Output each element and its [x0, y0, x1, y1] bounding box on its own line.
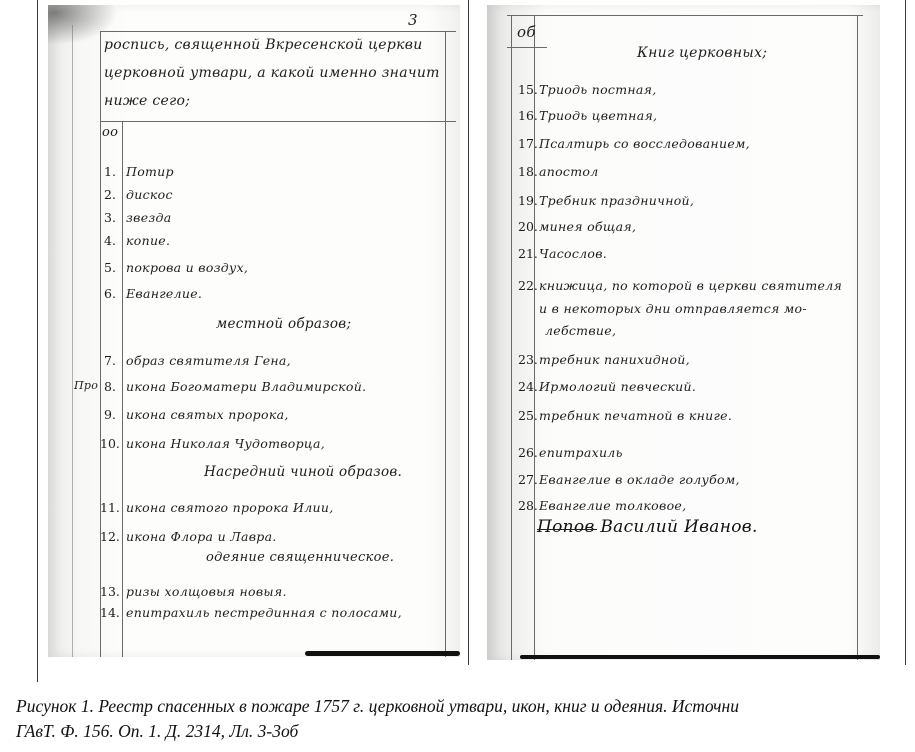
item-text: епитрахиль: [539, 445, 623, 460]
item-number: 8.: [104, 379, 116, 394]
corner-mark: об: [517, 23, 536, 41]
item-number: 9.: [104, 407, 116, 422]
header-box-bottom: [100, 121, 456, 122]
item-number: 22.: [518, 278, 538, 293]
item-number: 6.: [104, 286, 116, 301]
frame-rule-middle: [468, 0, 469, 665]
header-box-left: [100, 31, 101, 657]
section-heading: Насредний чиной образов.: [204, 464, 402, 480]
item-number: 15.: [518, 82, 538, 97]
margin-note: Про: [74, 379, 98, 392]
item-number: 4.: [104, 233, 116, 248]
page-edge-shadow-left: [305, 651, 460, 656]
section-heading: Книг церковных;: [637, 45, 767, 61]
item-text: Евангелие в окладе голубом,: [539, 472, 740, 487]
header-line: роспись, священной Вкресенской церкви: [104, 37, 423, 53]
item-number: 17.: [518, 136, 538, 151]
header-box-top: [100, 31, 456, 32]
item-text: икона Флора и Лавра.: [126, 529, 277, 544]
frame-rule-right: [905, 0, 906, 665]
item-text: Псалтирь со восследованием,: [539, 136, 750, 151]
manuscript-page-left: 3 роспись, священной Вкресенской церкви …: [48, 5, 460, 657]
item-text: звезда: [126, 210, 171, 225]
item-text: икона святого пророка Илии,: [126, 500, 333, 515]
figure-caption-line-1: Рисунок 1. Реестр спасенных в пожаре 175…: [16, 696, 739, 717]
item-text: требник панихидной,: [539, 352, 690, 367]
item-text-continued: и в некоторых дни отправляется мо-: [539, 301, 807, 316]
item-text: минея общая,: [539, 219, 636, 234]
item-number: 13.: [100, 584, 120, 599]
manuscript-page-right: об Книг церковных; 15. Триодь постная, 1…: [487, 5, 880, 660]
item-number: 24.: [518, 379, 538, 394]
item-text: копие.: [126, 233, 170, 248]
right-margin-rule: [445, 31, 446, 657]
item-text: Требник праздничной,: [539, 193, 694, 208]
item-number: 19.: [518, 193, 538, 208]
figure-caption-line-2: ГАвТ. Ф. 156. Оп. 1. Д. 2314, Лл. 3-3об: [16, 721, 298, 742]
item-text: Евангелие.: [126, 286, 202, 301]
item-text: икона Николая Чудотворца,: [126, 436, 325, 451]
frame-rule-left: [37, 0, 38, 682]
numbers-column-rule: [122, 121, 123, 657]
item-number: 26.: [518, 445, 538, 460]
item-text: требник печатной в книге.: [539, 408, 732, 423]
item-text: книжица, по которой в церкви святителя: [539, 278, 842, 293]
signature-underline: [537, 529, 597, 530]
item-number: 16.: [518, 108, 538, 123]
item-text: дискос: [126, 187, 173, 202]
item-number: 28.: [518, 498, 538, 513]
item-text: апостол: [539, 164, 598, 179]
item-number: 25.: [518, 408, 538, 423]
top-rule: [507, 15, 863, 16]
item-text: Ирмологий певческий.: [539, 379, 696, 394]
item-number: 20.: [518, 219, 538, 234]
item-text: Часослов.: [539, 246, 607, 261]
item-number: 3.: [104, 210, 116, 225]
corner-box-bottom: [507, 47, 547, 48]
item-text: ризы холщовыя новыя.: [126, 584, 287, 599]
right-margin-rule: [857, 15, 858, 660]
item-number: 11.: [100, 500, 120, 515]
item-number: 12.: [100, 529, 120, 544]
item-text: Триодь постная,: [539, 82, 656, 97]
item-number: 18.: [518, 164, 538, 179]
item-text: покрова и воздух,: [126, 260, 248, 275]
item-number: 23.: [518, 352, 538, 367]
item-text: Триодь цветная,: [539, 108, 657, 123]
outer-margin-rule: [72, 25, 73, 657]
item-number: 27.: [518, 472, 538, 487]
item-number: 2.: [104, 187, 116, 202]
item-number: 5.: [104, 260, 116, 275]
item-text: икона Богоматери Владимирской.: [126, 379, 366, 394]
item-number: 10.: [100, 436, 120, 451]
item-number: 7.: [104, 353, 116, 368]
item-number: 14.: [100, 605, 120, 620]
item-text: образ святителя Гена,: [126, 353, 291, 368]
header-line: ниже сего;: [104, 93, 190, 109]
item-number: 21.: [518, 246, 538, 261]
section-heading: местной образов;: [216, 316, 351, 332]
item-text: Потир: [126, 164, 174, 179]
header-line: церковной утвари, а какой именно значит: [104, 65, 440, 81]
section-heading: одеяние священническое.: [206, 550, 394, 565]
item-text-continued: лебствие,: [545, 323, 616, 338]
page-edge-shadow-right: [520, 655, 880, 659]
item-text: икона святых пророка,: [126, 407, 289, 422]
item-number: 1.: [104, 164, 116, 179]
item-text: епитрахиль пестрединная с полосами,: [126, 605, 402, 620]
folio-number: 3: [408, 11, 418, 29]
item-text: Евангелие толковое,: [539, 498, 686, 513]
left-margin-rule: [511, 15, 512, 660]
column-marker: оо: [102, 125, 118, 140]
signature: Попов Василий Иванов.: [537, 517, 758, 537]
